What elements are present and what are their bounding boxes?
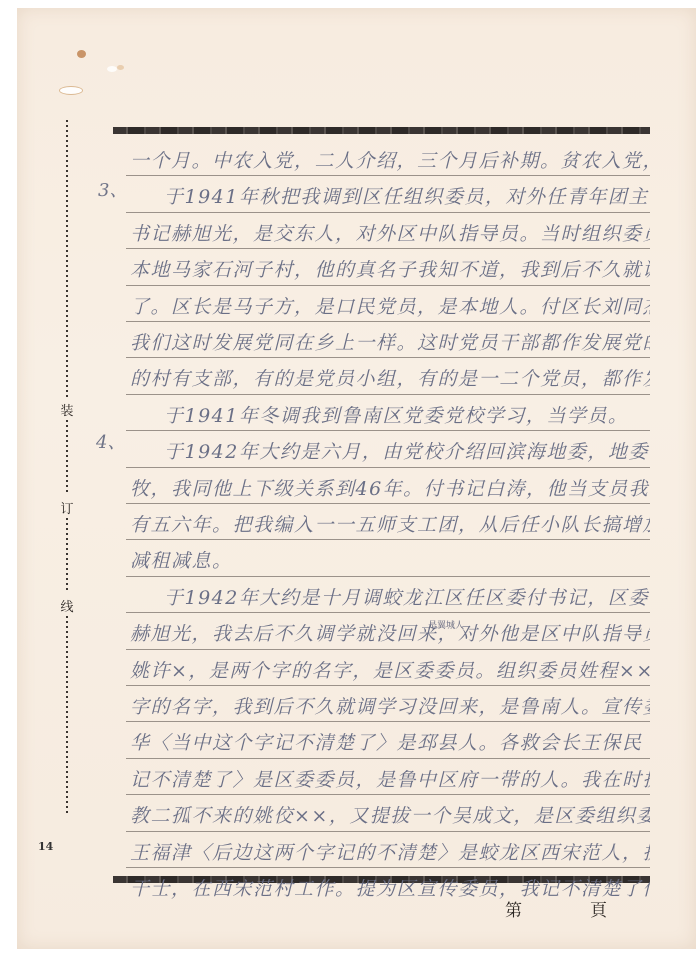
ruled-line [126,175,650,176]
ruled-line [126,357,650,358]
binding-mark-ding: 订 [57,498,77,517]
margin-number-3: 3、 [98,176,127,202]
manuscript-line: 牧，我同他上下级关系到46年。付书记白涛，他当支员我同上下级关系 [130,474,650,501]
paper-tear [107,66,117,72]
ruled-line [126,430,650,431]
ruled-line [126,831,650,832]
ruled-line [126,685,650,686]
manuscript-line: 有五六年。把我编入一一五师支工团，从后任小队长搞增加工资 [130,510,650,537]
ruled-line [126,649,650,650]
paper-stain [77,50,86,58]
binding-dots [66,120,68,400]
binding-dots [66,616,68,816]
binding-mark-zhuang: 装 [57,400,77,419]
ruled-line [126,248,650,249]
ruled-line [126,394,650,395]
manuscript-line: 了。区长是马子方，是口民党员，是本地人。付区长刘同杰，是本地人。 [130,292,650,319]
paper-stain [117,65,124,70]
binding-dots [66,420,68,495]
top-border-bar [113,127,650,134]
binding-mark-xian: 线 [57,596,77,615]
manuscript-line: 我们这时发展党同在乡上一样。这时党员干部都作发展党的工作，有 [130,328,650,355]
ruled-line [126,212,650,213]
manuscript-line: 教二孤不来的姚佼××，又提拔一个吴成文，是区委组织委员，提拔 [130,801,650,828]
manuscript-line: 本地马家石河子村，他的真名子我知不道，我到后不久就调走 [130,255,650,282]
manuscript-line: 记不清楚了〉是区委委员，是鲁中区府一带的人。我在时提拔的是 [130,765,650,792]
manuscript-line: 华〈当中这个字记不清楚了〉是邳县人。各救会长王保民〈当中这个字 [130,728,650,755]
ruled-line [126,612,650,613]
footer-page-prefix: 第 [505,896,522,921]
ruled-line [126,503,650,504]
page-number: 14 [38,840,53,853]
ruled-line [126,576,650,577]
margin-number-4: 4、 [96,428,125,454]
ruled-line [126,721,650,722]
ruled-line [126,758,650,759]
manuscript-line: 于1942年大约是十月调蛟龙江区任区委付书记，区委书记 [130,583,650,610]
manuscript-line: 于1941年冬调我到鲁南区党委党校学习，当学员。 [130,401,650,428]
ruled-line [126,467,650,468]
ruled-line [126,539,650,540]
binding-line: 装 订 线 [60,120,74,810]
manuscript-line: 王福津〈后边这两个字记的不清楚〉是蛟龙区西宋范人，提为宣传 [130,838,650,865]
manuscript-line: 于1942年大约是六月，由党校介绍回滨海地委，地委书记谷 [130,437,650,464]
manuscript-line: 的村有支部，有的是党员小组，有的是一二个党员，都作发展党的工作。 [130,364,650,391]
manuscript-line: 于1941年秋把我调到区任组织委员，对外任青年团主任。当时区委 [130,182,650,209]
ruled-line [126,867,650,868]
ruled-line [126,285,650,286]
manuscript-line: 书记赫旭光，是交东人，对外区中队指导员。当时组织委员是马杰，是 [130,219,650,246]
manuscript-line: 姚许×，是两个字的名字，是区委委员。组织委员姓程××，是三个 [130,656,650,683]
manuscript-line: 一个月。中农入党，二人介绍，三个月后补期。贫农入党，二人介绍，半年后补期。 [130,146,650,173]
manuscript-line: 干士，在西宋范村工作。提为区宣传委员，我记不清楚了何 [130,874,650,901]
binding-dots [66,518,68,593]
ruled-line [126,794,650,795]
ruled-line [126,321,650,322]
inserted-note: 是翼城人 [428,618,464,631]
footer-page-suffix: 頁 [590,896,607,921]
manuscript-line: 字的名字，我到后不久就调学习没回来，是鲁南人。宣传委员是陈孝 [130,692,650,719]
paper-tear [59,86,83,95]
manuscript-line: 减租减息。 [130,546,650,573]
manuscript-line: 赫旭光，我去后不久调学就没回来，对外他是区中队指导员。区长是 [130,619,650,646]
